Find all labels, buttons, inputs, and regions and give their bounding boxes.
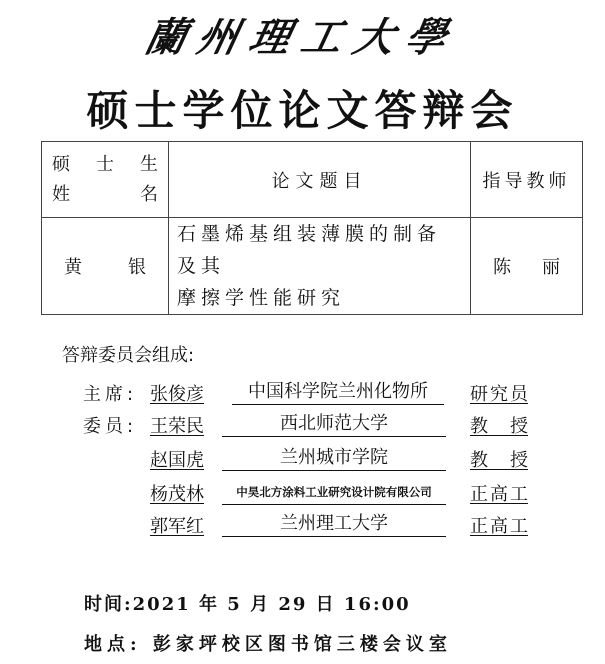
member-institution: 兰州城市学院 — [222, 446, 446, 471]
thesis-title: 石墨烯基组装薄膜的制备及其 摩擦学性能研究 — [169, 218, 471, 315]
member-role: 委员: — [83, 412, 137, 438]
committee-member: 赵国虎 兰州城市学院 教授 — [0, 446, 605, 476]
member-name: 张俊彦 — [150, 380, 204, 406]
committee-member-chair: 主席: 张俊彦 中国科学院兰州化物所 研究员 — [0, 380, 605, 410]
table-row: 黄 银 石墨烯基组装薄膜的制备及其 摩擦学性能研究 陈 丽 — [42, 218, 583, 315]
committee-heading: 答辩委员会组成: — [62, 341, 194, 367]
member-institution: 西北师范大学 — [222, 412, 446, 437]
header-char: 士 — [96, 150, 114, 180]
member-name: 赵国虎 — [150, 446, 204, 472]
header-char: 名 — [140, 180, 158, 210]
member-role: 主席: — [83, 380, 137, 406]
header-char: 生 — [140, 150, 158, 180]
name-char: 陈 — [493, 253, 511, 279]
header-student-name: 硕 士 生 姓 名 — [42, 142, 169, 218]
header-char: 姓 — [52, 180, 70, 210]
university-logo: 蘭州理工大學 — [0, 6, 605, 63]
header-advisor: 指导教师 — [471, 142, 583, 218]
member-institution: 中昊北方涂料工业研究设计院有限公司 — [222, 480, 446, 505]
table-header-row: 硕 士 生 姓 名 论文题目 指导教师 — [42, 142, 583, 218]
member-title: 正高工 — [470, 480, 528, 506]
thesis-title-line1: 石墨烯基组装薄膜的制备及其 — [177, 218, 462, 282]
header-char: 硕 — [52, 150, 70, 180]
thesis-title-line2: 摩擦学性能研究 — [177, 282, 462, 314]
thesis-info-table: 硕 士 生 姓 名 论文题目 指导教师 黄 银 石墨烯基组装薄膜的制备及其 摩擦… — [41, 141, 583, 315]
member-institution: 中国科学院兰州化物所 — [232, 380, 444, 405]
member-name: 王荣民 — [150, 412, 204, 438]
name-char: 黄 — [64, 253, 82, 279]
defense-location: 地点: 彭家坪校区图书馆三楼会议室 — [84, 630, 452, 656]
committee-member: 杨茂林 中昊北方涂料工业研究设计院有限公司 正高工 — [0, 480, 605, 510]
student-name: 黄 银 — [42, 218, 169, 315]
member-title: 正高工 — [470, 512, 528, 538]
member-institution: 兰州理工大学 — [222, 512, 446, 537]
member-title: 研究员 — [470, 380, 528, 406]
name-char: 丽 — [542, 253, 560, 279]
page-title: 硕士学位论文答辩会 — [0, 78, 605, 138]
defense-time: 时间:2021 年 5 月 29 日 16:00 — [84, 590, 411, 616]
member-title: 教授 — [470, 412, 528, 438]
member-name: 杨茂林 — [150, 480, 204, 506]
name-char: 银 — [128, 253, 146, 279]
member-title: 教授 — [470, 446, 528, 472]
committee-member: 郭军红 兰州理工大学 正高工 — [0, 512, 605, 542]
advisor-name: 陈 丽 — [471, 218, 583, 315]
header-thesis-title: 论文题目 — [169, 142, 471, 218]
committee-member: 委员: 王荣民 西北师范大学 教授 — [0, 412, 605, 442]
member-name: 郭军红 — [150, 512, 204, 538]
